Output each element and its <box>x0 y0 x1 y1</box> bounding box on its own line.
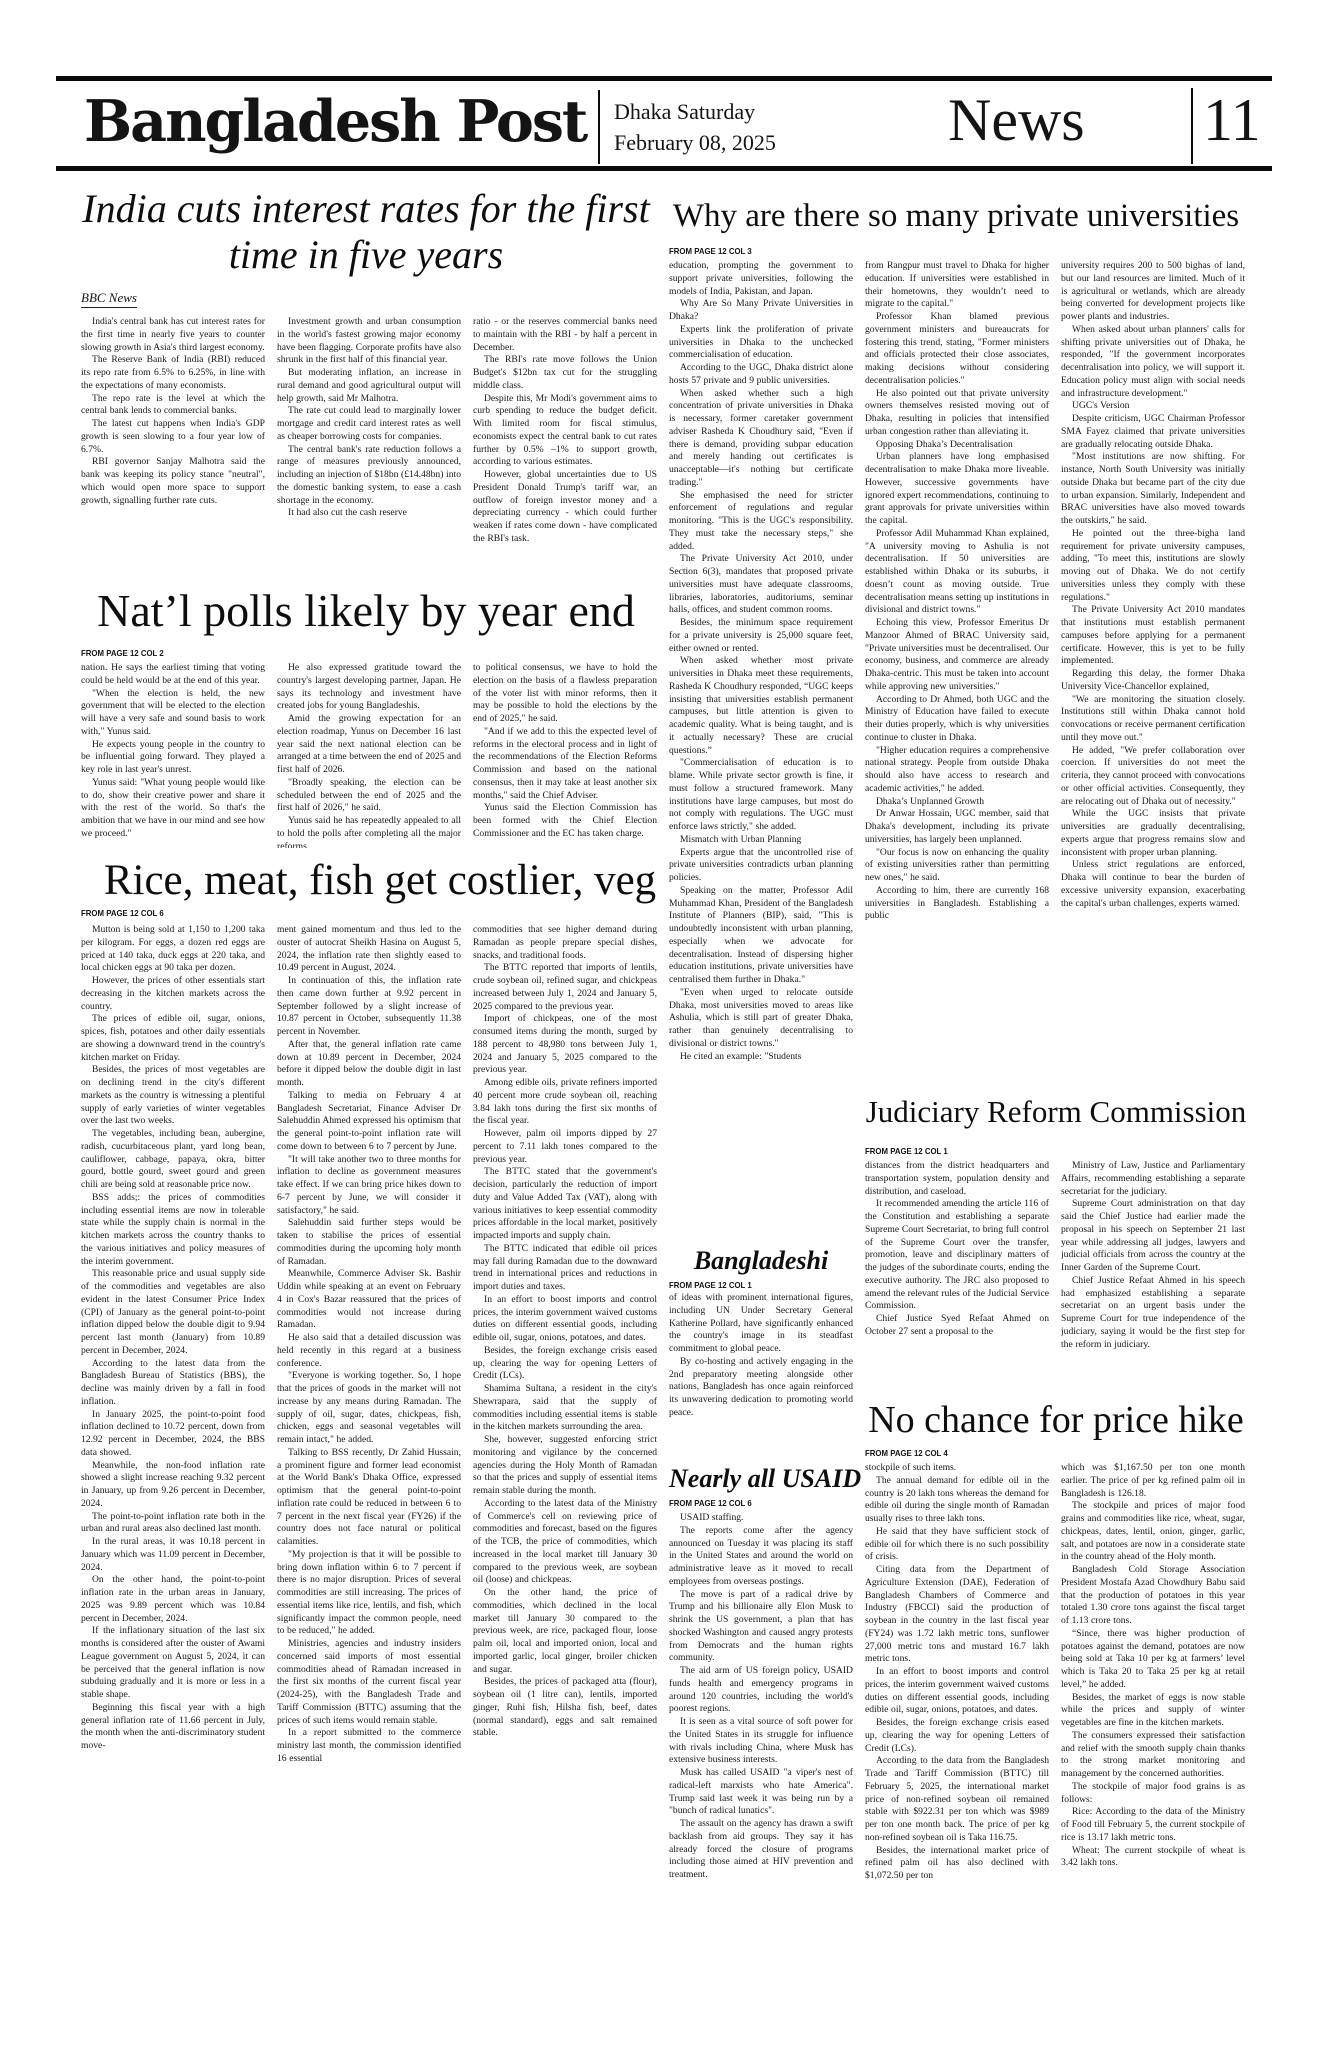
universities-col-1: education, prompting the government to s… <box>669 260 853 1243</box>
masthead-top-rule <box>56 76 1272 81</box>
page-number: 11 <box>1203 80 1261 160</box>
rice-col-3: commodities that see higher demand durin… <box>473 924 657 1972</box>
india-byline: BBC News <box>81 290 137 308</box>
usaid-headline: Nearly all USAID <box>669 1464 853 1494</box>
rice-col-1: Mutton is being sold at 1,150 to 1,200 t… <box>81 924 265 1972</box>
india-col-1: India's central bank has cut interest ra… <box>81 316 265 572</box>
newspaper-page: Bangladesh Post Dhaka Saturday February … <box>0 0 1328 2048</box>
bangladeshi-col-1: of ideas with prominent international fi… <box>669 1292 853 1452</box>
india-col-3: ratio - or the reserves commercial banks… <box>473 316 657 572</box>
nochance-jump-tag: FROM PAGE 12 COL 4 <box>865 1448 948 1458</box>
jrc-col-2: Ministry of Law, Justice and Parliamenta… <box>1061 1160 1245 1392</box>
natl-col-2: He also expressed gratitude toward the c… <box>277 662 461 848</box>
india-headline: India cuts interest rates for the first … <box>60 186 672 278</box>
masthead-divider-right <box>1191 88 1193 164</box>
masthead-bottom-rule <box>56 166 1272 171</box>
masthead-logo: Bangladesh Post <box>84 88 586 155</box>
natl-col-1: nation. He says the earliest timing that… <box>81 662 265 848</box>
nochance-col-1: stockpile of such items.The annual deman… <box>865 1462 1049 1968</box>
jrc-jump-tag: FROM PAGE 12 COL 1 <box>865 1146 948 1156</box>
rice-jump-tag: FROM PAGE 12 COL 6 <box>81 908 164 918</box>
bangladeshi-headline: Bangladeshi <box>669 1246 853 1276</box>
india-col-2: Investment growth and urban consumption … <box>277 316 461 572</box>
universities-jump-tag: FROM PAGE 12 COL 3 <box>669 246 752 256</box>
natl-jump-tag: FROM PAGE 12 COL 2 <box>81 648 164 658</box>
rice-headline: Rice, meat, fish get costlier, veg <box>56 856 704 905</box>
natl-col-3: to political consensus, we have to hold … <box>473 662 657 848</box>
masthead-dateline: Dhaka Saturday February 08, 2025 <box>614 96 776 158</box>
dateline-city-day: Dhaka Saturday <box>614 96 776 127</box>
usaid-col-1: USAID staffing.The reports come after th… <box>669 1512 853 1968</box>
jrc-col-1: distances from the district headquarters… <box>865 1160 1049 1392</box>
bangladeshi-jump-tag: FROM PAGE 12 COL 1 <box>669 1280 752 1290</box>
nochance-headline: No chance for price hike <box>860 1398 1252 1442</box>
universities-col-2: from Rangpur must travel to Dhaka for hi… <box>865 260 1049 1076</box>
natl-headline: Nat’l polls likely by year end <box>60 584 672 637</box>
nochance-col-2: which was $1,167.50 per ton one month ea… <box>1061 1462 1245 1968</box>
dateline-date: February 08, 2025 <box>614 127 776 158</box>
universities-col-3: university requires 200 to 500 bighas of… <box>1061 260 1245 1086</box>
masthead-divider-left <box>598 90 600 164</box>
universities-headline: Why are there so many private universiti… <box>660 198 1252 235</box>
section-name: News <box>948 80 1085 160</box>
jrc-headline: Judiciary Reform Commission <box>860 1094 1252 1130</box>
rice-col-2: ment gained momentum and thus led to the… <box>277 924 461 1972</box>
usaid-jump-tag: FROM PAGE 12 COL 6 <box>669 1498 752 1508</box>
